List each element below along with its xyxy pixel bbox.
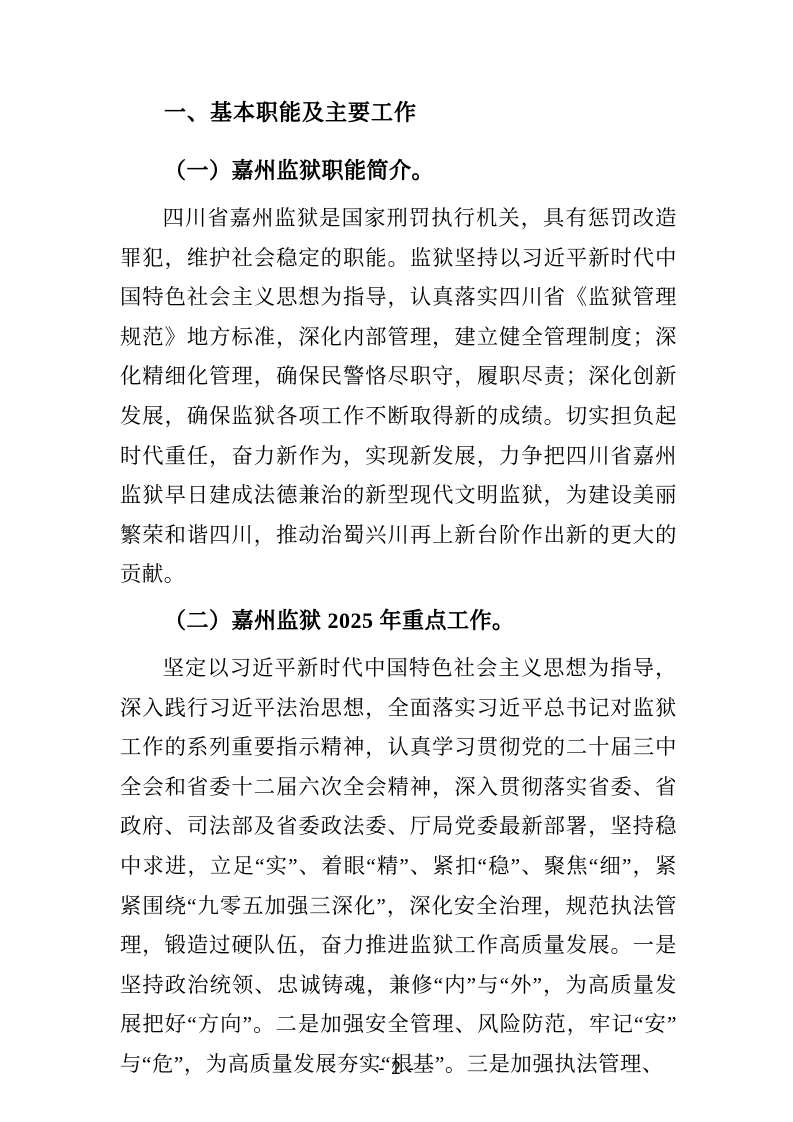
main-heading: 一、基本职能及主要工作 xyxy=(120,94,677,134)
section1-heading: （一）嘉州监狱职能简介。 xyxy=(120,151,677,191)
section2-heading: （二）嘉州监狱 2025 年重点工作。 xyxy=(120,601,677,641)
section2-paragraph: 坚定以习近平新时代中国特色社会主义思想为指导，深入践行习近平法治思想，全面落实习… xyxy=(120,649,677,1085)
page-number: - 2 - xyxy=(0,1056,793,1082)
document-page: 一、基本职能及主要工作 （一）嘉州监狱职能简介。 四川省嘉州监狱是国家刑罚执行机… xyxy=(0,0,793,1122)
page-content: 一、基本职能及主要工作 （一）嘉州监狱职能简介。 四川省嘉州监狱是国家刑罚执行机… xyxy=(120,94,677,1084)
section1-paragraph: 四川省嘉州监狱是国家刑罚执行机关，具有惩罚改造罪犯，维护社会稳定的职能。监狱坚持… xyxy=(120,199,677,595)
